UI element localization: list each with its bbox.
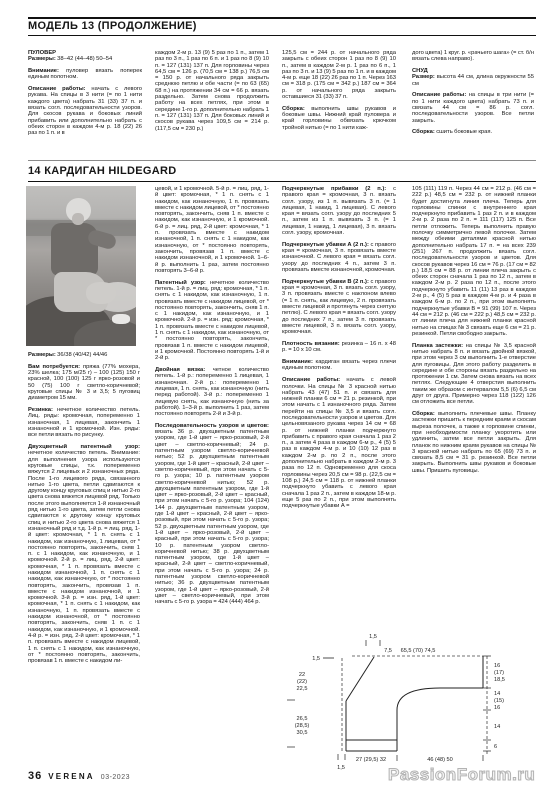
magazine-name: VERENA bbox=[48, 772, 95, 781]
section-divider bbox=[28, 160, 536, 161]
measure-top-width: 65,5 (70) 74,5 bbox=[401, 648, 436, 654]
measure-right-mid-2: (15) bbox=[494, 698, 504, 704]
paragraph-label: Размеры: bbox=[28, 352, 57, 358]
measure-bottom-right: 46 (48) 50 bbox=[427, 757, 453, 763]
paragraph: Описание работы: на спицы в три нити (= … bbox=[412, 92, 534, 123]
paragraph: Размеры: 38–42 (44–48) 50–54 bbox=[28, 56, 142, 62]
section-title-model13: МОДЕЛЬ 13 (ПРОДОЛЖЕНИЕ) bbox=[28, 20, 197, 32]
page-footer: 36 VERENA 03-2023 bbox=[28, 770, 130, 782]
measure-left-upper-2: (22) bbox=[297, 679, 307, 685]
pattern-schematic: 1,5 7,5 1,5 65,5 (70) 74,5 22 (22) 22,5 … bbox=[278, 628, 540, 784]
paragraph-label: Вам потребуется: bbox=[28, 364, 83, 370]
paragraph: цевой, и 1 кромочной. 5-й р. = лиц. ряд,… bbox=[155, 186, 269, 274]
paragraph-label: Размеры: bbox=[28, 56, 57, 62]
measure-front-edge: 1,5 bbox=[337, 765, 345, 771]
measure-right-low: 14 bbox=[494, 724, 500, 730]
measure-right-mid-3: 16 bbox=[494, 705, 500, 711]
cardigan-column-1: Размеры: 36/38 (40/42) 44/46Вам потребуе… bbox=[28, 352, 140, 766]
paragraph-label: Последовательность узоров и цветов: bbox=[155, 423, 269, 429]
paragraph: Двойная вязка: четное количество петель.… bbox=[155, 367, 269, 417]
paragraph-label: Двухцветный патентный узор: bbox=[28, 444, 140, 450]
cardigan-column-2: цевой, и 1 кромочной. 5-й р. = лиц. ряд,… bbox=[155, 186, 269, 790]
paragraph: Подчеркнутые убавки А (2 п.): с правого … bbox=[282, 242, 396, 273]
paragraph-label: Внимание: bbox=[282, 359, 316, 365]
measure-left-upper-1: 22 bbox=[299, 672, 305, 678]
paragraph: Сборка: выполнить швы рукавов и боковые … bbox=[282, 106, 396, 131]
paragraph-label: Резинка: bbox=[28, 407, 57, 413]
measure-right-hem: 6 bbox=[494, 744, 497, 750]
photo-figure-knee bbox=[86, 282, 116, 304]
paragraph-label: Сборка: bbox=[412, 129, 436, 135]
paragraph: Описание работы: начать с левого рукава.… bbox=[28, 86, 142, 136]
measure-left-upper-3: 22,5 bbox=[297, 686, 308, 692]
title-underline-cardigan bbox=[28, 181, 536, 182]
paragraph-label: Плотность вязания: bbox=[282, 341, 342, 347]
measure-left-lower-1: 26,5 bbox=[297, 716, 308, 722]
paragraph-label: Планка застежки: bbox=[412, 343, 466, 349]
paragraph: Двухцветный патентный узор: нечетное кол… bbox=[28, 444, 140, 664]
paragraph-label: ПУЛОВЕР bbox=[28, 50, 56, 56]
measure-neck-depth: 1,5 bbox=[369, 634, 377, 640]
paragraph: Подчеркнутые прибавки (2 п.): с правого … bbox=[282, 186, 396, 236]
measure-right-top-2: (17) bbox=[494, 670, 504, 676]
paragraph-label: Патентный узор: bbox=[155, 280, 210, 286]
paragraph: Плотность вязания: резинка – 16 п. x 48 … bbox=[282, 341, 396, 354]
top-rule bbox=[28, 17, 536, 19]
photo-figure-shoe bbox=[112, 314, 130, 324]
paragraph: Вам потребуется: пряжа (77% мохера, 23% … bbox=[28, 364, 140, 402]
model13-column-3: 125,5 см = 244 р. от начального ряда зак… bbox=[282, 50, 396, 162]
paragraph: Сборка: сшить боковые края. bbox=[412, 129, 534, 135]
paragraph-label: Подчеркнутые прибавки (2 п.): bbox=[282, 186, 393, 192]
page-number: 36 bbox=[28, 770, 42, 782]
paragraph-label: Внимание: bbox=[28, 68, 66, 74]
paragraph-label: Описание работы: bbox=[282, 377, 346, 383]
measure-neck-width: 7,5 bbox=[384, 648, 392, 654]
paragraph: Подчеркнутые убавки В (2 п.): с правого … bbox=[282, 279, 396, 336]
paragraph-label: Описание работы: bbox=[28, 86, 91, 92]
paragraph: Последовательность узоров и цветов: вяза… bbox=[155, 423, 269, 606]
measure-shoulder: 1,5 bbox=[312, 656, 320, 662]
paragraph: Патентный узор: нечетное количество пете… bbox=[155, 280, 269, 362]
paragraph: Внимание: кардиган вязать через плечи ед… bbox=[282, 359, 396, 372]
measure-bottom-left: 27 (29,5) 32 bbox=[356, 757, 386, 763]
watermark: PassionForum.ru bbox=[388, 765, 535, 785]
paragraph-label: Сборка: bbox=[412, 411, 438, 417]
paragraph: Размеры: 36/38 (40/42) 44/46 bbox=[28, 352, 140, 358]
cardigan-column-3: Подчеркнутые прибавки (2 п.): с правого … bbox=[282, 186, 396, 622]
section-title-cardigan: 14 КАРДИГАН HILDEGARD bbox=[28, 165, 177, 177]
model13-column-4: дого цвета) 1 круг. р. «рачьего шага» (=… bbox=[412, 50, 534, 162]
paragraph-label: СНУД bbox=[412, 68, 428, 74]
paragraph: Сборка: выполнить плечевые швы. Планку з… bbox=[412, 411, 536, 474]
magazine-issue: 03-2023 bbox=[101, 774, 130, 781]
paragraph: Планка застежки: на спицы № 3,5 красной … bbox=[412, 343, 536, 406]
paragraph: 125,5 см = 244 р. от начального ряда зак… bbox=[282, 50, 396, 100]
paragraph: Описание работы: начать с левой полочки.… bbox=[282, 377, 396, 509]
title-underline-model13 bbox=[28, 35, 536, 36]
paragraph: дого цвета) 1 круг. р. «рачьего шага» (=… bbox=[412, 50, 534, 63]
paragraph-label: Сборка: bbox=[282, 106, 311, 112]
measure-left-lower-3: 30,5 bbox=[297, 730, 308, 736]
measure-left-lower-2: (28,5) bbox=[295, 723, 310, 729]
paragraph: Резинка: нечетное количество петель. Лиц… bbox=[28, 407, 140, 438]
paragraph: каждом 2-м р. 13 (9) 5 раз по 1 п., зате… bbox=[155, 50, 269, 132]
paragraph-label: Размер: bbox=[412, 74, 437, 80]
paragraph-label: Двойная вязка: bbox=[155, 367, 213, 373]
model13-column-2: каждом 2-м р. 13 (9) 5 раз по 1 п., зате… bbox=[155, 50, 269, 162]
measure-right-top-1: 16 bbox=[494, 663, 500, 669]
cardigan-column-4: 105 (111) 119 п. Через 44 см = 212 р. (4… bbox=[412, 186, 536, 618]
measure-right-top-3: 18,5 bbox=[494, 677, 505, 683]
paragraph-label: Подчеркнутые убавки В (2 п.): bbox=[282, 279, 370, 285]
paragraph-label: Описание работы: bbox=[412, 92, 469, 98]
measure-right-mid-1: 14 bbox=[494, 691, 500, 697]
model13-column-1: ПУЛОВЕРРазмеры: 38–42 (44–48) 50–54Внима… bbox=[28, 50, 142, 162]
paragraph: Размер: высота 44 см, длина окружности 5… bbox=[412, 74, 534, 87]
photo-figure-face bbox=[72, 213, 84, 225]
cardigan-photo bbox=[26, 186, 136, 346]
paragraph: 105 (111) 119 п. Через 44 см = 212 р. (4… bbox=[412, 186, 536, 337]
paragraph-label: Подчеркнутые убавки А (2 п.): bbox=[282, 242, 370, 248]
paragraph: Внимание: пуловер вязать поперек единым … bbox=[28, 68, 142, 81]
